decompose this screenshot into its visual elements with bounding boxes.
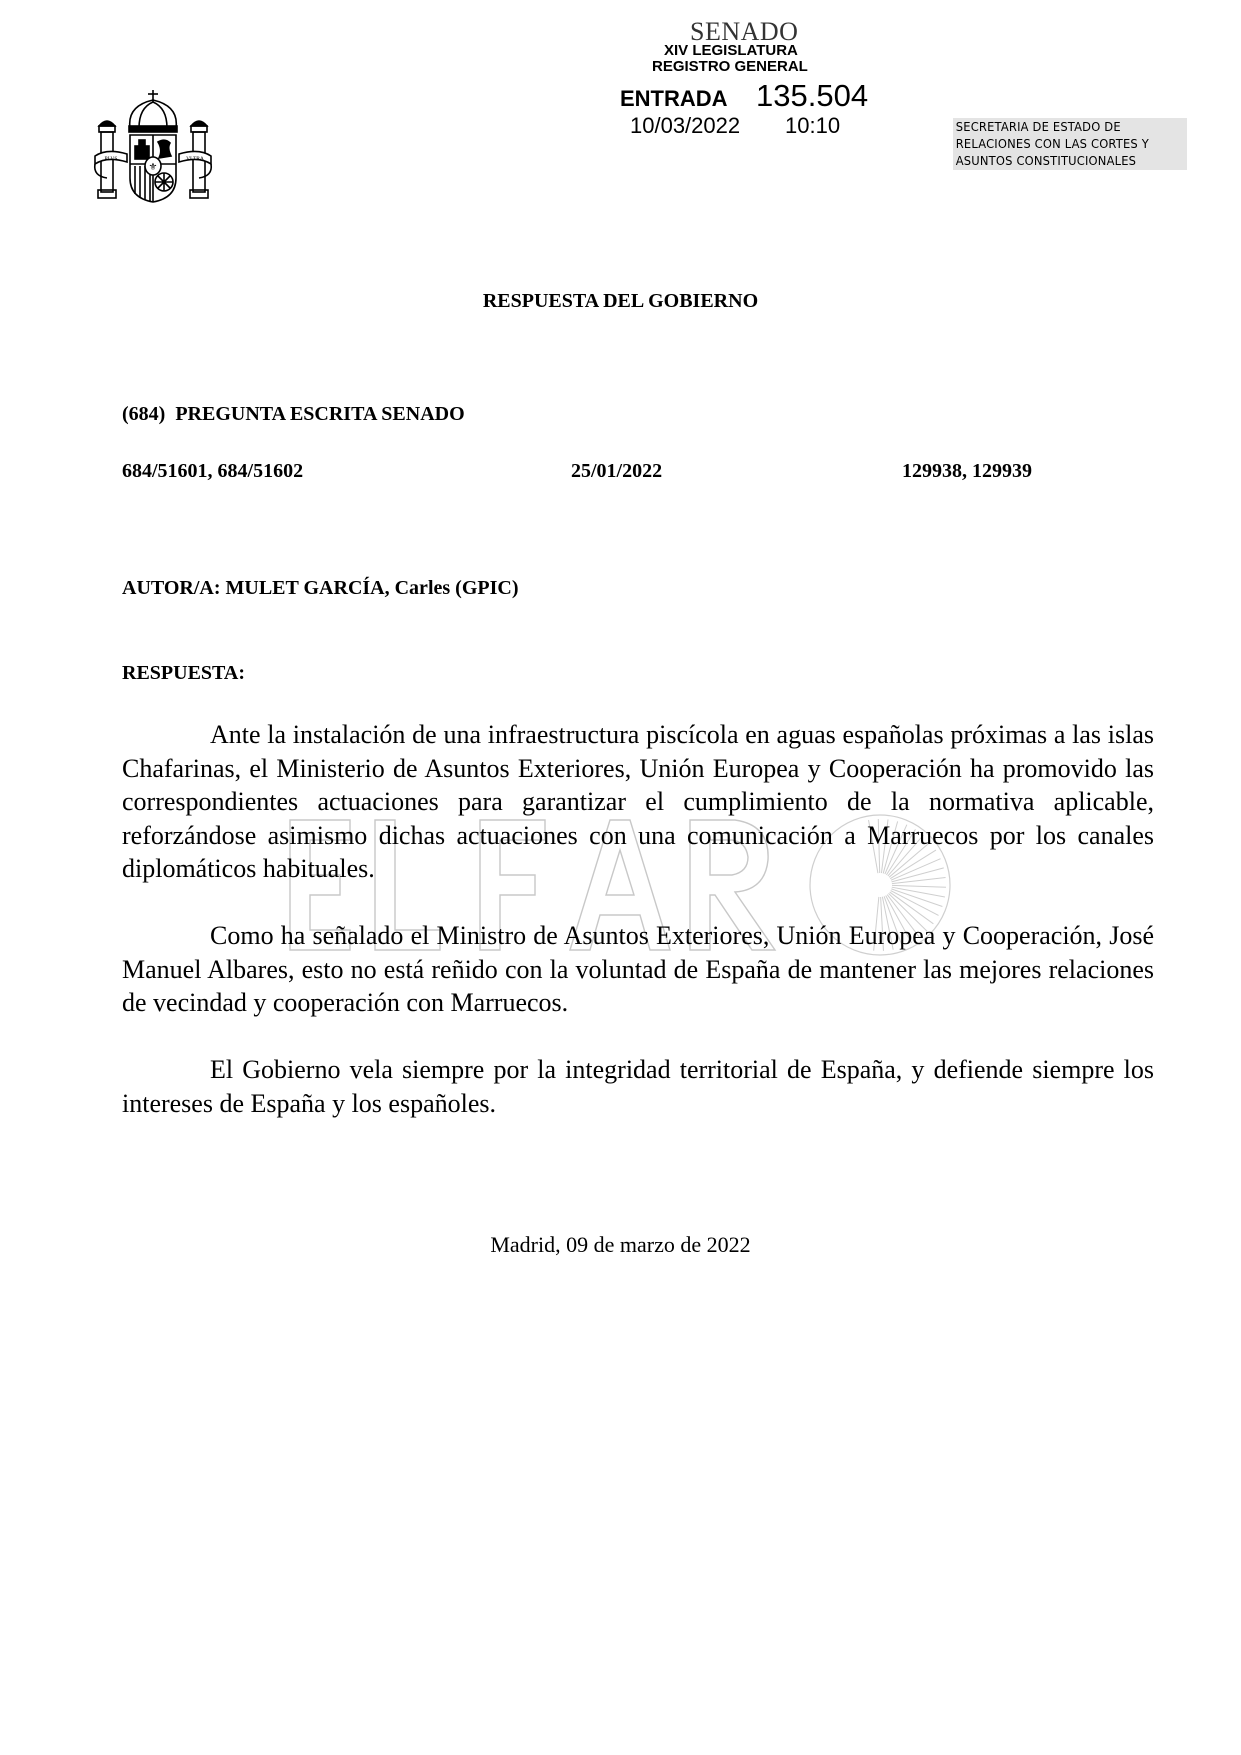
- spain-coat-of-arms-icon: ⚜ PLVS VLTRA: [93, 86, 213, 210]
- stamp-time: 10:10: [785, 113, 840, 139]
- department-line: SECRETARIA DE ESTADO DE: [953, 118, 1168, 135]
- document-title: RESPUESTA DEL GOBIERNO: [0, 290, 1241, 313]
- question-numbers: 684/51601, 684/51602: [122, 460, 303, 483]
- author-line: AUTOR/A: MULET GARCÍA, Carles (GPIC): [122, 577, 518, 600]
- department-line: RELACIONES CON LAS CORTES Y: [953, 135, 1168, 152]
- department-line: ASUNTOS CONSTITUCIONALES: [953, 152, 1168, 169]
- answer-label: RESPUESTA:: [122, 662, 245, 685]
- answer-paragraph: Como ha señalado el Ministro de Asuntos …: [122, 919, 1154, 1020]
- answer-paragraph: El Gobierno vela siempre por la integrid…: [122, 1053, 1154, 1120]
- svg-text:⚜: ⚜: [149, 162, 158, 173]
- register-numbers: 129938, 129939: [902, 460, 1032, 483]
- signature-place-date: Madrid, 09 de marzo de 2022: [0, 1232, 1241, 1258]
- stamp-date: 10/03/2022: [630, 113, 740, 139]
- department-box: SECRETARIA DE ESTADO DE RELACIONES CON L…: [953, 118, 1187, 170]
- stamp-entry-label: ENTRADA: [620, 86, 728, 112]
- stamp-register: REGISTRO GENERAL: [652, 58, 808, 75]
- stamp-legislature: XIV LEGISLATURA: [664, 42, 798, 59]
- question-type: (684) PREGUNTA ESCRITA SENADO: [122, 403, 465, 426]
- stamp-entry-number: 135.504: [756, 78, 868, 114]
- svg-text:VLTRA: VLTRA: [186, 156, 204, 162]
- svg-text:PLVS: PLVS: [105, 156, 118, 162]
- question-date: 25/01/2022: [571, 460, 662, 483]
- answer-body: Ante la instalación de una infraestructu…: [122, 718, 1154, 1120]
- answer-paragraph: Ante la instalación de una infraestructu…: [122, 718, 1154, 886]
